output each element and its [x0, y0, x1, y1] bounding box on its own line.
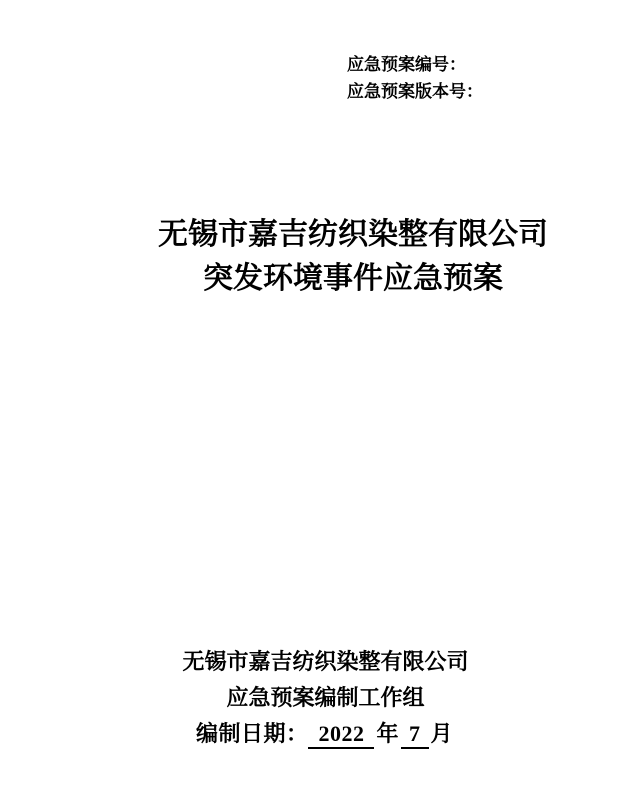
plan-id-header: 应急预案编号： 应急预案版本号：: [347, 51, 483, 105]
document-cover-page: 应急预案编号： 应急预案版本号： 无锡市嘉吉纺织染整有限公司 突发环境事件应急预…: [0, 0, 628, 804]
year-unit-label: 年: [376, 716, 399, 752]
document-title-line1: 无锡市嘉吉纺织染整有限公司: [78, 213, 628, 257]
document-title-line2: 突发环境事件应急预案: [78, 257, 628, 301]
compile-date-line: 编制日期：2022年7月: [23, 716, 628, 752]
footer-workgroup-name: 应急预案编制工作组: [23, 680, 628, 716]
plan-version-label: 应急预案版本号：: [347, 78, 483, 105]
cover-footer: 无锡市嘉吉纺织染整有限公司 应急预案编制工作组 编制日期：2022年7月: [0, 644, 628, 752]
footer-company-name: 无锡市嘉吉纺织染整有限公司: [23, 644, 628, 680]
plan-number-label: 应急预案编号：: [347, 51, 483, 78]
compile-date-label: 编制日期：: [196, 721, 309, 746]
month-unit-label: 月: [431, 716, 454, 752]
compile-date-month-blank: 7: [401, 721, 429, 749]
document-title: 无锡市嘉吉纺织染整有限公司 突发环境事件应急预案: [0, 213, 628, 301]
compile-date-year-blank: 2022: [308, 721, 374, 749]
